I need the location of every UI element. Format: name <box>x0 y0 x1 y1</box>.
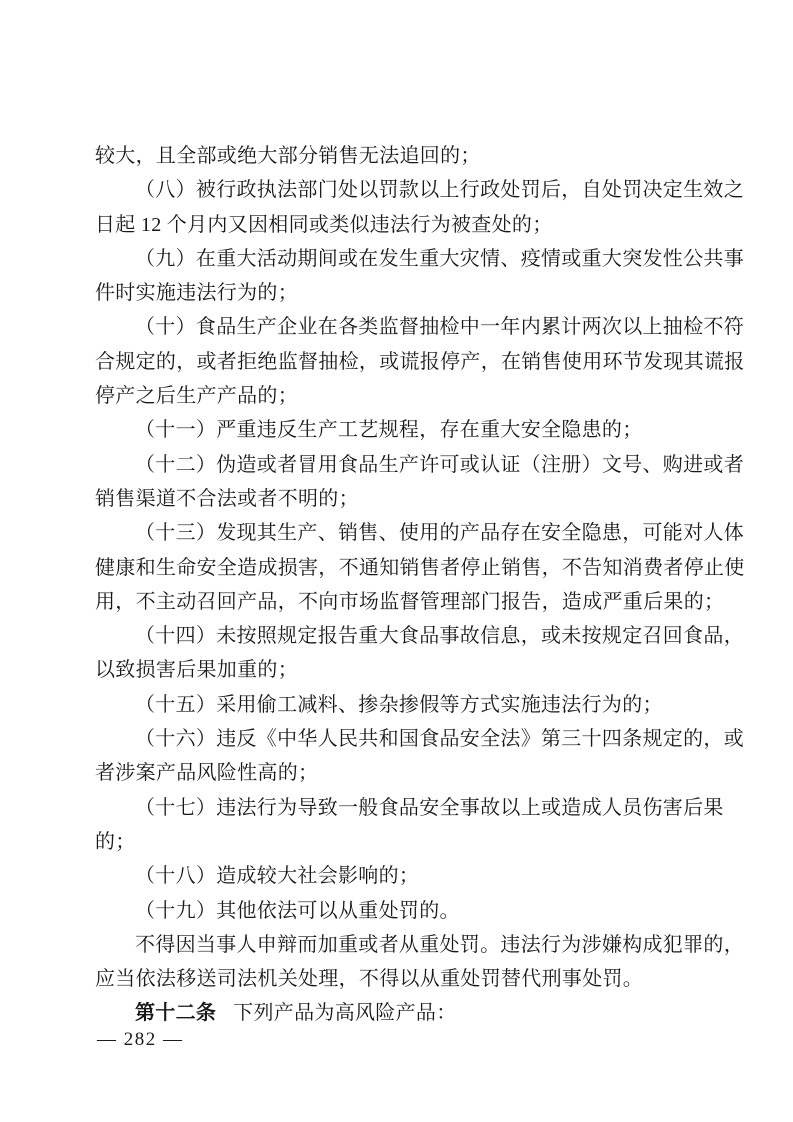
text-line: 停产之后生产产品的； <box>95 379 715 413</box>
text-line: 件时实施违法行为的； <box>95 276 715 310</box>
text-line: 用，不主动召回产品，不向市场监督管理部门报告，造成严重后果的； <box>95 585 715 619</box>
text-line: 较大，且全部或绝大部分销售无法追回的； <box>95 139 715 173</box>
article-number: 第十二条 <box>135 1002 216 1024</box>
text-line: （十九）其他依法可以从重处罚的。 <box>95 894 715 928</box>
document-page: 较大，且全部或绝大部分销售无法追回的；（八）被行政执法部门处以罚款以上行政处罚后… <box>0 0 793 1122</box>
text-line: 合规定的，或者拒绝监督抽检，或谎报停产，在销售使用环节发现其谎报 <box>95 345 715 379</box>
text-line: 销售渠道不合法或者不明的； <box>95 482 715 516</box>
text-line: 日起 12 个月内又因相同或类似违法行为被查处的； <box>95 208 715 242</box>
document-body: 较大，且全部或绝大部分销售无法追回的；（八）被行政执法部门处以罚款以上行政处罚后… <box>95 139 715 1031</box>
text-line: 第十二条下列产品为高风险产品： <box>95 996 715 1030</box>
text-line: 以致损害后果加重的； <box>95 653 715 687</box>
text-line: （十四）未按照规定报告重大食品事故信息，或未按规定召回食品， <box>95 619 715 653</box>
text-line: 者涉案产品风险性高的； <box>95 756 715 790</box>
text-line: （十六）违反《中华人民共和国食品安全法》第三十四条规定的，或 <box>95 722 715 756</box>
text-line: （十一）严重违反生产工艺规程，存在重大安全隐患的； <box>95 413 715 447</box>
text-line: 的； <box>95 825 715 859</box>
text-line: （十五）采用偷工减料、掺杂掺假等方式实施违法行为的； <box>95 688 715 722</box>
text-line: 不得因当事人申辩而加重或者从重处罚。违法行为涉嫌构成犯罪的， <box>95 928 715 962</box>
page-number: — 282 — <box>97 1027 184 1053</box>
text-line: （十）食品生产企业在各类监督抽检中一年内累计两次以上抽检不符 <box>95 310 715 344</box>
text-line: （十二）伪造或者冒用食品生产许可或认证（注册）文号、购进或者 <box>95 448 715 482</box>
text-line: 应当依法移送司法机关处理，不得以从重处罚替代刑事处罚。 <box>95 962 715 996</box>
text-line: （十八）造成较大社会影响的； <box>95 859 715 893</box>
text-line: （十七）违法行为导致一般食品安全事故以上或造成人员伤害后果 <box>95 791 715 825</box>
text-line: （十三）发现其生产、销售、使用的产品存在安全隐患，可能对人体 <box>95 516 715 550</box>
text-line: （九）在重大活动期间或在发生重大灾情、疫情或重大突发性公共事 <box>95 242 715 276</box>
text-line: （八）被行政执法部门处以罚款以上行政处罚后，自处罚决定生效之 <box>95 173 715 207</box>
text-line: 健康和生命安全造成损害，不通知销售者停止销售，不告知消费者停止使 <box>95 551 715 585</box>
